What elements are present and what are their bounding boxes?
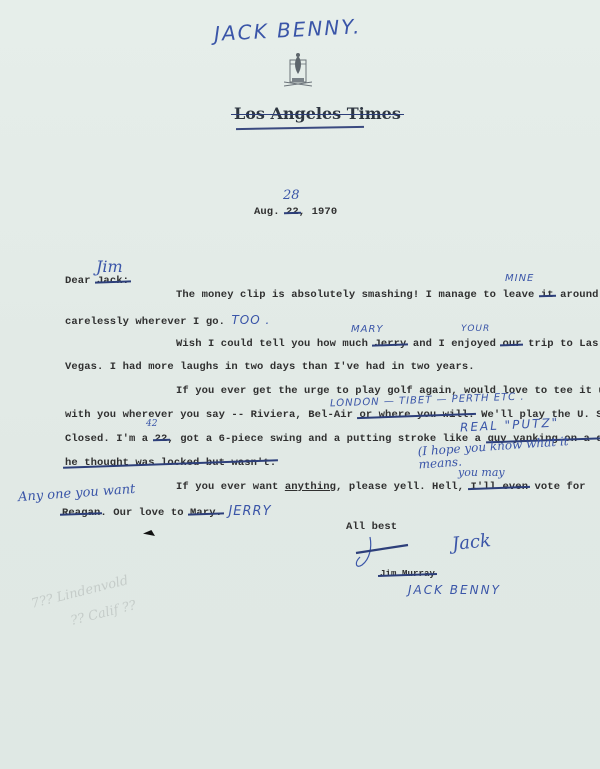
- p2-struck-our: our: [502, 338, 521, 350]
- faint-pencil-note-2: ?? Calif ??: [69, 598, 138, 629]
- ink-blot: [143, 530, 155, 536]
- handwritten-header: JACK BENNY.: [213, 14, 361, 46]
- p1-text: The money clip is absolutely smashing! I…: [176, 289, 534, 301]
- masthead-subline-strike: [236, 126, 364, 130]
- date-handwritten-day: 28: [283, 188, 300, 203]
- p2-line1: Wish I could tell you how much Jerry and…: [176, 338, 599, 350]
- p3-struck-number: 22: [155, 433, 168, 445]
- struck-typed-name: Jim Murray: [380, 569, 435, 579]
- handwritten-signature: Jack: [451, 530, 492, 555]
- p4-handwritten-jerry: JERRY: [228, 504, 271, 519]
- p1-line1: The money clip is absolutely smashing! I…: [176, 289, 599, 301]
- p2-text-c: trip to Las: [528, 338, 598, 350]
- p4-text-c: vote for: [535, 481, 586, 493]
- closing: All best: [346, 521, 397, 533]
- p1-handwritten-too: TOO .: [231, 313, 270, 327]
- letterhead: Los Angeles Times: [234, 104, 401, 124]
- eagle-emblem-icon: [284, 50, 312, 95]
- p2-struck-jerry: Jerry: [374, 338, 406, 350]
- p2-text-a: Wish I could tell you how much: [176, 338, 368, 350]
- p1-text-end: around: [560, 289, 598, 301]
- handwritten-name: JACK BENNY: [408, 583, 501, 597]
- salutation-struck-name: Jack:: [97, 275, 129, 287]
- p4-text-b: , please yell. Hell,: [336, 481, 464, 493]
- letter-date: Aug. 22, 1970: [254, 206, 337, 218]
- p1-struck-word: it: [541, 289, 554, 301]
- p4-text-d: . Our love to: [100, 507, 183, 519]
- p2-handwritten-your: YOUR: [461, 324, 490, 334]
- p3-line3-a: Closed. I'm a: [65, 433, 148, 445]
- p3-handwritten-number: 42: [146, 419, 157, 429]
- date-year: , 1970: [299, 206, 337, 218]
- p4-struck-reagan: Reagan: [62, 507, 100, 519]
- p4-line1: If you ever want anything, please yell. …: [176, 481, 586, 493]
- p4-struck-phrase: I'll even: [470, 481, 528, 493]
- struck-jim-murray: Jim Murray: [380, 569, 435, 579]
- p3-text-a: with you wherever you say -- Riviera, Be…: [65, 409, 353, 421]
- p3-line1: If you ever get the urge to play golf ag…: [176, 385, 600, 397]
- p1-handwritten-mine: MINE: [505, 273, 534, 284]
- p4-handwritten-margin: Any one you want: [18, 482, 136, 505]
- p1-line2-text: carelessly wherever I go.: [65, 316, 225, 328]
- p4-underlined: anything: [285, 481, 336, 493]
- p4-struck-mary: Mary.: [190, 507, 222, 519]
- p1-line2: carelessly wherever I go. TOO .: [65, 313, 270, 328]
- date-month: Aug.: [254, 206, 280, 218]
- p2-line2: Vegas. I had more laughs in two days tha…: [65, 361, 475, 373]
- p2-handwritten-mary: MARY: [351, 324, 384, 335]
- p4-line2: Reagan. Our love to Mary. JERRY: [62, 504, 272, 519]
- p2-text-b: and I enjoyed: [413, 338, 496, 350]
- p3-line4: he thought was locked but wasn't.: [65, 457, 276, 469]
- letter-page: JACK BENNY. Los Angeles Times 28 Aug. 22…: [0, 0, 600, 769]
- masthead-title: Los Angeles Times: [234, 104, 401, 123]
- salutation-handwritten-name: Jim: [96, 257, 123, 276]
- p3-struck-line4: he thought was locked but wasn't.: [65, 457, 276, 469]
- p3-struck-phrase: or where you will.: [359, 409, 474, 421]
- salutation-dear: Dear: [65, 275, 91, 287]
- p4-handwritten-you-may: you may: [458, 466, 505, 479]
- p4-text-a: If you ever want: [176, 481, 278, 493]
- salutation: Dear Jack:: [65, 275, 129, 287]
- date-struck-day: 22: [286, 206, 299, 218]
